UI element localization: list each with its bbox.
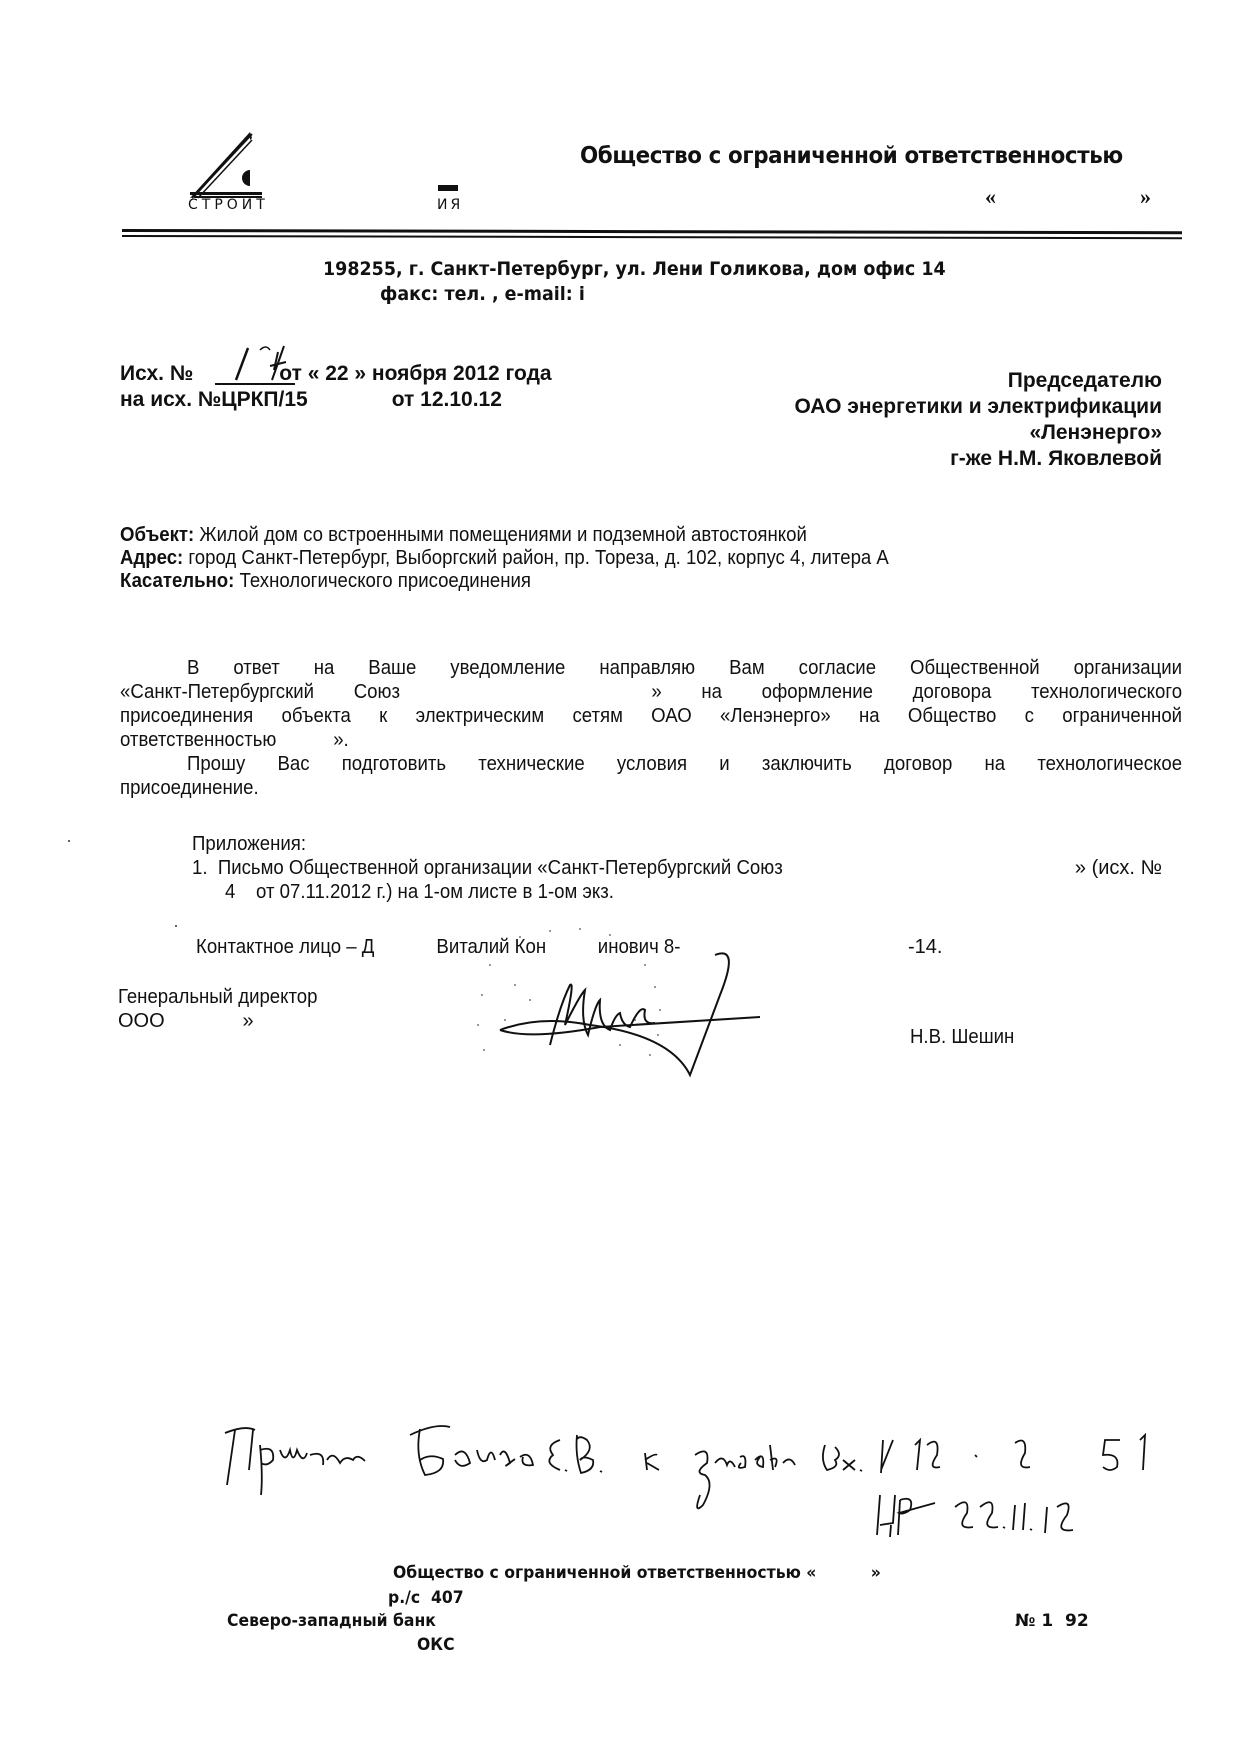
addressee-line: г-же Н.М. Яковлевой (794, 446, 1162, 472)
company-address: 198255, г. Санкт-Петербург, ул. Лени Гол… (323, 258, 946, 280)
reply-reference-number: на исх. №ЦРКП/15 (120, 388, 308, 411)
footer-company: Общество с ограниченной ответственностью… (393, 1563, 881, 1583)
company-quote-open: « (985, 184, 996, 210)
logo-text-left: СТРОИТ (188, 197, 269, 213)
outgoing-date: от « 22 » ноября 2012 года (279, 362, 551, 385)
footer-bank: Северо-западный банк (227, 1611, 436, 1631)
address-label: Адрес: (120, 547, 183, 569)
handwritten-signature-icon (470, 925, 770, 1080)
addressee-line: Председателю (794, 368, 1162, 394)
body-line: В ответ на Ваше уведомление направляю Ва… (120, 656, 1182, 680)
regarding-label: Касательно: (120, 570, 234, 592)
signatory-company: ООО » (118, 1010, 254, 1033)
company-quote-close: » (1140, 184, 1151, 210)
header-rule-top (122, 229, 1182, 234)
contact-phone-tail: -14. (908, 936, 942, 959)
body-paragraph-2: Прошу Вас подготовить технические услови… (120, 752, 1182, 800)
handwritten-number-icon (218, 340, 298, 385)
body-line: Прошу Вас подготовить технические услови… (120, 752, 1182, 776)
attachment-item-1-cont: 4 от 07.11.2012 г.) на 1-ом листе в 1-ом… (225, 881, 614, 904)
signatory-name: Н.В. Шешин (910, 1026, 1014, 1049)
body-line: ответственностью ». (120, 728, 1182, 752)
attachment-item-1: 1. Письмо Общественной организации «Санк… (192, 857, 783, 880)
body-line: присоединение. (120, 776, 1182, 800)
letter-page: СТРОИТ ИЯ Общество с ограниченной ответс… (0, 0, 1240, 1755)
reply-reference: на исх. №ЦРКП/15от 12.10.12 (120, 388, 502, 412)
attachments-title: Приложения: (192, 833, 306, 856)
logo-text-right: ИЯ (437, 197, 463, 213)
footer-account: р./с 407 (388, 1588, 464, 1608)
object-value: Жилой дом со встроенными помещениями и п… (199, 524, 806, 546)
footer-okc: ОКС (417, 1635, 455, 1655)
object-label: Объект: (120, 524, 194, 546)
reply-reference-date: от 12.10.12 (392, 388, 502, 411)
logo-mark (438, 185, 458, 191)
body-paragraph-1: В ответ на Ваше уведомление направляю Ва… (120, 656, 1182, 752)
body-line: присоединения объекта к электрическим се… (120, 704, 1182, 728)
triangle-logo-icon (190, 130, 300, 200)
regarding-value: Технологического присоединения (240, 570, 531, 592)
addressee-line: ОАО энергетики и электрификации (794, 394, 1162, 420)
addressee-block: Председателю ОАО энергетики и электрифик… (794, 368, 1162, 472)
footer-number: № 1 92 (1015, 1611, 1089, 1631)
signatory-title: Генеральный директор (118, 986, 317, 1009)
outgoing-label: Исх. № (120, 362, 193, 385)
company-contacts: факс: тел. , e-mail: i (380, 283, 585, 305)
scan-speck (175, 925, 177, 927)
body-line: «Санкт-Петербургский Союз » на оформлени… (120, 680, 1182, 704)
scan-speck (68, 840, 70, 842)
address-value: город Санкт-Петербург, Выборгский район,… (188, 547, 888, 569)
outgoing-reference: Исх. №от « 22 » ноября 2012 года (120, 362, 552, 386)
handwritten-receipt-note (215, 1415, 1205, 1545)
attachment-item-1-ref: » (исх. № (1075, 857, 1162, 880)
header-rule-bottom (122, 235, 1182, 239)
addressee-line: «Ленэнерго» (794, 420, 1162, 446)
subject-block: Объект: Жилой дом со встроенными помещен… (120, 524, 889, 593)
company-heading: Общество с ограниченной ответственностью (580, 143, 1123, 169)
letter-body: В ответ на Ваше уведомление направляю Ва… (120, 656, 1182, 800)
